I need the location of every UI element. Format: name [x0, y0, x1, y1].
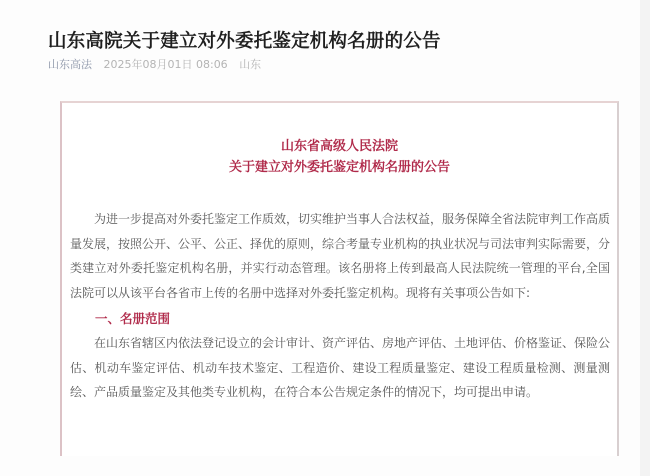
document-title: 关于建立对外委托鉴定机构名册的公告: [62, 157, 617, 178]
section-heading-scope: 一、名册范围: [70, 306, 610, 331]
intro-paragraph: 为进一步提高对外委托鉴定工作质效，切实维护当事人合法权益，服务保障全省法院审判工…: [70, 207, 610, 305]
article-title: 山东高院关于建立对外委托鉴定机构名册的公告: [48, 27, 441, 53]
article-location: 山东: [239, 58, 261, 71]
page-edge-strip: [640, 0, 650, 476]
section-scope-paragraph: 在山东省辖区内依法登记设立的会计审计、资产评估、房地产评估、土地评估、价格鉴证、…: [70, 331, 610, 405]
article-meta: 山东高法 2025年08月01日 08:06 山东: [48, 56, 261, 72]
document-image-frame: 山东省高级人民法院 关于建立对外委托鉴定机构名册的公告 为进一步提高对外委托鉴定…: [60, 101, 619, 456]
document-issuer: 山东省高级人民法院: [62, 136, 617, 157]
article-datetime: 2025年08月01日 08:06: [104, 58, 228, 71]
document-heading: 山东省高级人民法院 关于建立对外委托鉴定机构名册的公告: [62, 136, 617, 178]
document-body: 为进一步提高对外委托鉴定工作质效，切实维护当事人合法权益，服务保障全省法院审判工…: [70, 207, 610, 405]
article-source-link[interactable]: 山东高法: [48, 58, 92, 71]
